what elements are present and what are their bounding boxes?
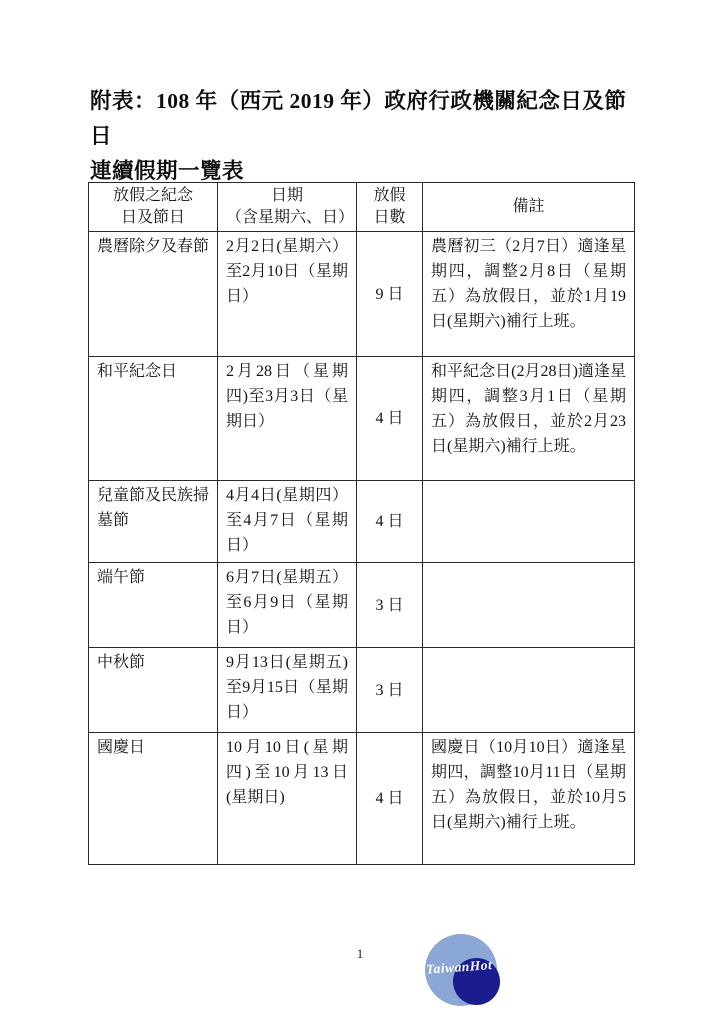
table-header-row: 放假之紀念 日及節日 日期 （含星期六、日） 放假 日數 備註 [89,183,635,232]
document-title: 附表：108 年（西元 2019 年）政府行政機關紀念日及節日 連續假期一覽表 [90,84,642,189]
holiday-note [423,481,635,563]
table-row: 端午節 6月7日(星期五）至6月9日（星期日） 3 日 [89,563,635,648]
header-holiday-name: 放假之紀念 日及節日 [89,183,218,232]
header-days: 放假 日數 [357,183,423,232]
table-row: 和平紀念日 2月28日（星期四)至3月3日（星期日） 4 日 和平紀念日(2月2… [89,357,635,481]
holiday-date: 2月2日(星期六）至2月10日（星期日） [218,232,357,357]
holiday-name: 端午節 [89,563,218,648]
holiday-note: 農曆初三（2月7日）適逢星期四，調整2月8日（星期五）為放假日，並於1月19日(… [423,232,635,357]
holiday-name: 和平紀念日 [89,357,218,481]
holiday-days: 3 日 [357,563,423,648]
table-row: 農曆除夕及春節 2月2日(星期六）至2月10日（星期日） 9 日 農曆初三（2月… [89,232,635,357]
holiday-name: 農曆除夕及春節 [89,232,218,357]
holiday-date: 9月13日(星期五)至9月15日（星期日） [218,648,357,733]
holiday-name: 國慶日 [89,733,218,865]
table-row: 國慶日 10月10日(星期四)至10月13日(星期日) 4 日 國慶日（10月1… [89,733,635,865]
holiday-days: 4 日 [357,357,423,481]
holiday-name: 兒童節及民族掃墓節 [89,481,218,563]
holiday-note [423,648,635,733]
holiday-days: 4 日 [357,733,423,865]
page-number: 1 [346,946,374,962]
holiday-table: 放假之紀念 日及節日 日期 （含星期六、日） 放假 日數 備註 農曆除夕及春節 … [88,182,635,865]
holiday-note [423,563,635,648]
taiwanhot-logo: TaiwanHot [423,932,503,1010]
holiday-date: 2月28日（星期四)至3月3日（星期日） [218,357,357,481]
holiday-date: 6月7日(星期五）至6月9日（星期日） [218,563,357,648]
table-row: 中秋節 9月13日(星期五)至9月15日（星期日） 3 日 [89,648,635,733]
holiday-note: 國慶日（10月10日）適逢星期四，調整10月11日（星期五）為放假日，並於10月… [423,733,635,865]
holiday-days: 9 日 [357,232,423,357]
holiday-note: 和平紀念日(2月28日)適逢星期四，調整3月1日（星期五）為放假日，並於2月23… [423,357,635,481]
table-row: 兒童節及民族掃墓節 4月4日(星期四）至4月7日（星期日） 4 日 [89,481,635,563]
holiday-name: 中秋節 [89,648,218,733]
holiday-days: 4 日 [357,481,423,563]
header-date: 日期 （含星期六、日） [218,183,357,232]
holiday-days: 3 日 [357,648,423,733]
holiday-date: 10月10日(星期四)至10月13日(星期日) [218,733,357,865]
document-page: 附表：108 年（西元 2019 年）政府行政機關紀念日及節日 連續假期一覽表 … [0,0,725,1028]
header-note: 備註 [423,183,635,232]
holiday-date: 4月4日(星期四）至4月7日（星期日） [218,481,357,563]
